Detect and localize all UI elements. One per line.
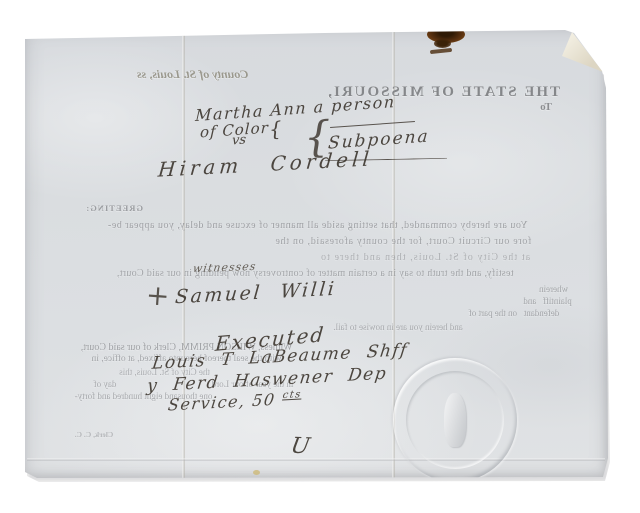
- handwritten-witnesses-note: witnesses: [192, 260, 257, 275]
- handwritten-party2: Hiram Cordell: [157, 146, 374, 181]
- printed-county-line: County of St. Louis, ss: [120, 67, 265, 82]
- printed-body-line1: You are hereby commanded, that setting a…: [60, 220, 575, 231]
- embossed-seal-inner-ring: [406, 371, 504, 469]
- printed-body-line3: at the City of St. Louis, then and there…: [280, 252, 570, 263]
- handwritten-versus: vs: [231, 132, 246, 148]
- printed-greeting: GREETING:: [88, 203, 143, 213]
- document-paper: County of St. Louis, ss THE STATE OF MIS…: [25, 28, 608, 478]
- printed-body-line2: fore our Circuit Court, for the county a…: [230, 236, 576, 247]
- corner-fold: [561, 29, 607, 77]
- printed-wherein: wherein: [537, 284, 570, 294]
- printed-nowise: and herein you are in nowise to fail.: [313, 322, 483, 332]
- printed-to-label: To: [538, 101, 554, 113]
- handwritten-brace-small: {: [268, 117, 282, 142]
- printed-plaintiff: plaintiff and: [523, 296, 572, 306]
- handwritten-dash-line: [330, 121, 415, 128]
- paper-stain: [253, 470, 260, 475]
- embossed-seal-icon: [393, 358, 517, 482]
- embossed-seal-figure: [444, 393, 466, 447]
- burn-stain-drip: [434, 39, 451, 48]
- printed-defendant: defendant on the part of: [457, 308, 571, 318]
- printed-body-line4: testify, and the truth to say in a certa…: [60, 268, 570, 279]
- fold-crease-bottom: [27, 458, 605, 461]
- handwritten-witness-name: Samuel Willi: [174, 278, 337, 309]
- burn-stain-streak: [430, 48, 452, 54]
- printed-day-of: day of: [88, 379, 122, 389]
- printed-clerk-signature-line: Clerk, C. C.: [73, 430, 115, 439]
- handwritten-flourish-mark: U: [289, 434, 312, 460]
- handwritten-cross-mark: +: [145, 278, 171, 313]
- handwritten-party1: Martha Ann a person: [195, 92, 396, 125]
- service-fee-unit: cts: [282, 389, 303, 401]
